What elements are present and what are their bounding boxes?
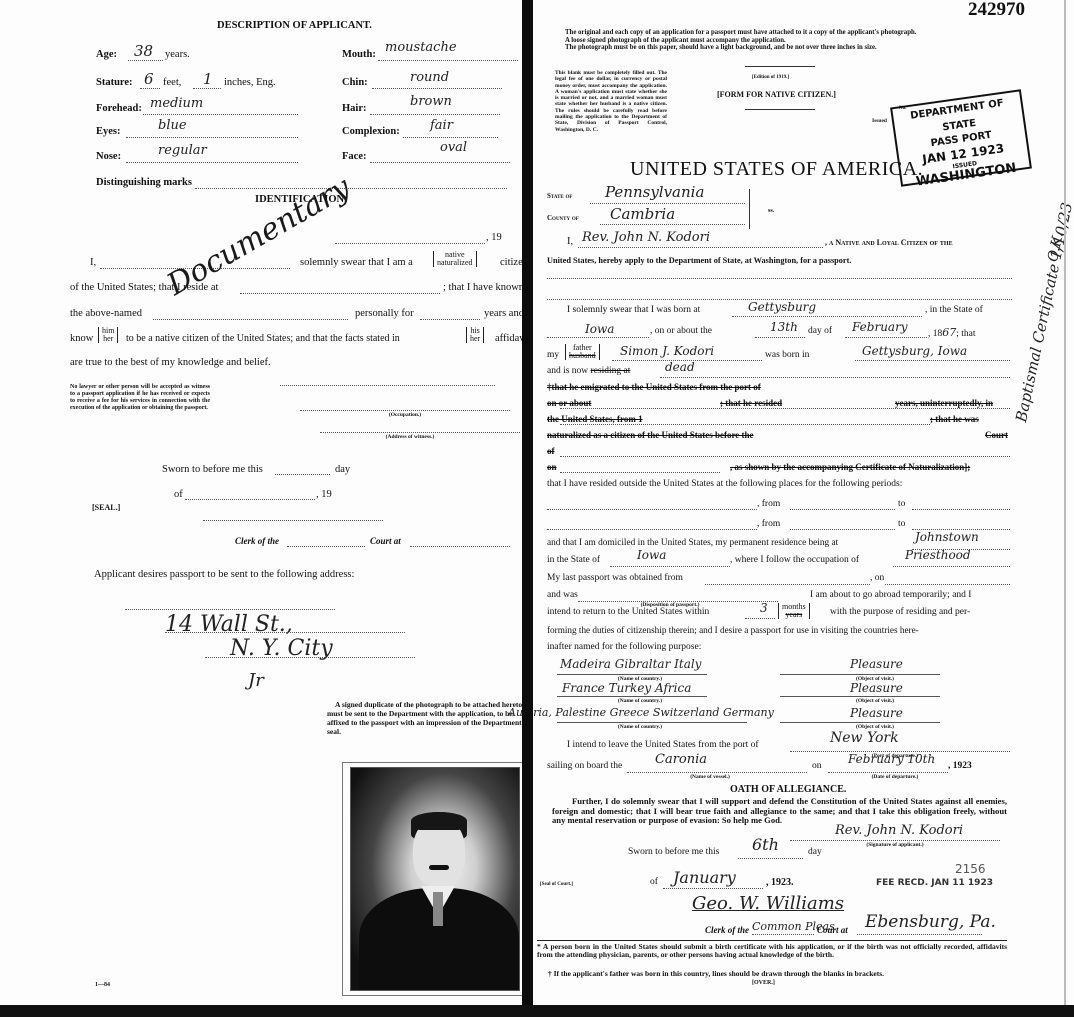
hair-value: brown (410, 94, 452, 109)
was-born-in-label: was born in (765, 350, 809, 360)
struck-on: on (547, 462, 557, 472)
court-at-label: Court at (817, 925, 848, 935)
left-seal-label: [SEAL.] (92, 503, 120, 512)
months-years-brace: monthsyears (778, 602, 810, 620)
mouth-value: moustache (385, 40, 457, 55)
left-court-label: Court at (370, 536, 401, 546)
over-label: [OVER.] (752, 980, 775, 986)
identification-i: I, (90, 257, 96, 268)
book-binding (522, 0, 533, 1017)
form-type: [FORM FOR NATIVE CITIZEN.] (717, 90, 836, 99)
struck-of: of (547, 446, 555, 456)
eyes-value: blue (158, 118, 187, 133)
age-suffix: years. (165, 49, 190, 60)
ss-label: ss. (768, 208, 774, 214)
photo-instructions: The original and each copy of an applica… (565, 29, 916, 52)
oath-text: Further, I do solemnly swear that I will… (552, 797, 1007, 826)
footnote-birth-certificate: * A person born in the United States sho… (537, 943, 1007, 959)
to-label-1: to (898, 499, 905, 509)
birth-state-value: Iowa (585, 322, 614, 336)
struck-emigrated-line: †that he emigrated to the United States … (547, 382, 761, 392)
ss-bracket (749, 189, 750, 229)
age-label: Age: (96, 49, 117, 60)
left-sworn-year: , 19 (316, 489, 332, 500)
country-row-3: Austria, Palestine Greece Switzerland Ge… (508, 706, 774, 719)
struck-on-or-about: on or about (547, 398, 591, 408)
departure-on-label: on (812, 761, 822, 771)
clerk-of-label: Clerk of the (705, 925, 749, 935)
departure-port-value: New York (830, 730, 899, 746)
residing-purpose-text: with the purpose of residing and per- (830, 607, 970, 617)
mouth-label: Mouth: (342, 49, 376, 60)
left-sworn-text: Sworn to before me this (162, 464, 263, 475)
country-caption-2: (Name of country.) (605, 698, 675, 704)
and-is-now-label: and is now residing at (547, 366, 630, 376)
address-line1: 14 Wall St., (165, 612, 293, 637)
last-passport-label: My last passport was obtained from (547, 573, 683, 583)
left-sworn-day: day (335, 464, 350, 475)
document-title: UNITED STATES OF AMERICA. (630, 158, 923, 181)
last-passport-on: , on (870, 573, 884, 583)
return-label: intend to return to the United States wi… (547, 607, 709, 617)
applicant-name: Rev. John N. Kodori (582, 230, 710, 245)
chin-value: round (410, 70, 449, 85)
edition-label: [Edition of 1919.] (752, 75, 789, 80)
stature-inches-value: 1 (203, 70, 213, 88)
sailing-on-board-label: sailing on board the (547, 761, 622, 771)
purpose-row-3: Pleasure (850, 706, 903, 720)
oath-heading: OATH OF ALLEGIANCE. (730, 784, 846, 795)
identification-know: know (70, 333, 93, 344)
birth-day-value: 13th (770, 320, 798, 334)
stature-inches-suffix: inches, Eng. (224, 77, 276, 88)
applicant-signature: Rev. John N. Kodori (835, 823, 963, 838)
issued-label: Issued (872, 118, 887, 124)
native-naturalized-brace: nativenaturalized (433, 250, 477, 268)
fee-received-stamp: FEE RECD. JAN 11 1923 (876, 878, 993, 888)
object-caption-2: (Object of visit.) (845, 698, 905, 704)
day-of-label: day of (808, 326, 832, 336)
country-row-2: France Turkey Africa (562, 681, 691, 695)
left-clerk-label: Clerk of the (235, 536, 279, 546)
on-or-about-label: , on or about the (650, 326, 712, 336)
face-value: oval (440, 140, 467, 155)
complexion-value: fair (430, 118, 453, 133)
domicile-state-value: Iowa (637, 548, 666, 562)
citizenship-duties-text: forming the duties of citizenship therei… (547, 625, 919, 635)
sworn-day-label: day (808, 847, 822, 857)
applicant-prefix: I, (567, 236, 573, 247)
identification-swear-text: solemnly swear that I am a (300, 257, 413, 268)
departure-date-value: February 10th (848, 752, 935, 766)
identification-personally-for: personally for (355, 308, 414, 319)
footnote-father-born: † If the applicant's father was born in … (548, 970, 884, 978)
county-value: Cambria (610, 205, 675, 223)
description-heading: DESCRIPTION OF APPLICANT. (217, 20, 372, 31)
stature-label: Stature: (96, 77, 133, 88)
birth-month-value: February (852, 320, 908, 334)
page-edge (1064, 0, 1066, 1005)
and-was-label: and was (547, 590, 578, 600)
domicile-state-label: in the State of (547, 555, 600, 565)
country-row-1: Madeira Gibraltar Italy (560, 657, 701, 671)
hair-label: Hair: (342, 103, 367, 114)
seal-of-court-label: [Seal of Court.] (540, 882, 573, 887)
nose-label: Nose: (96, 151, 121, 162)
father-birthplace-value: Gettysburg, Iowa (862, 344, 967, 358)
application-number: 242970 (968, 0, 1025, 21)
purpose-row-1: Pleasure (850, 657, 903, 671)
stature-feet-suffix: feet, (163, 77, 181, 88)
sworn-year-value: , 1923. (766, 877, 794, 888)
eyes-label: Eyes: (96, 126, 121, 137)
sworn-day-value: 6th (752, 835, 779, 854)
stature-feet-value: 6 (144, 70, 154, 88)
apply-text: United States, hereby apply to the Depar… (547, 256, 851, 265)
struck-court: Court (985, 430, 1008, 440)
forehead-label: Forehead: (96, 103, 142, 114)
face-label: Face: (342, 151, 366, 162)
sworn-month-value: January (673, 868, 736, 887)
bottom-edge (0, 1005, 1074, 1017)
resided-outside-text: that I have resided outside the United S… (547, 479, 902, 489)
port-of-departure-label: I intend to leave the United States from… (567, 740, 759, 750)
to-label-2: to (898, 519, 905, 529)
struck-certificate: , as shown by the accompanying Certifica… (730, 462, 970, 472)
return-duration-value: 3 (760, 601, 768, 615)
occupation-value: Priesthood (905, 548, 971, 562)
identification-above-named: the above-named (70, 308, 142, 319)
sworn-before-label: Sworn to before me this (628, 847, 719, 857)
address-label: Applicant desires passport to be sent to… (94, 569, 354, 580)
chin-label: Chin: (342, 77, 368, 88)
left-sworn-of: of (174, 489, 183, 500)
age-value: 38 (134, 42, 153, 60)
identification-year: , 19 (486, 232, 502, 243)
sworn-of-label: of (650, 877, 658, 887)
struck-that-he-was: ; that he was (930, 414, 979, 424)
from-label-2: , from (757, 519, 780, 529)
address-initials: Jr (248, 670, 264, 691)
identification-belief-text: are true to the best of my knowledge and… (70, 357, 271, 368)
complexion-label: Complexion: (342, 126, 400, 137)
him-her-brace: himher (98, 326, 118, 344)
court-place-value: Ebensburg, Pa. (865, 912, 996, 932)
father-name-value: Simon J. Kodori (620, 344, 714, 358)
fee-number: 2156 (955, 862, 986, 876)
identification-years: years and (484, 308, 524, 319)
forehead-value: medium (150, 96, 203, 111)
my-label: my (547, 350, 559, 360)
signature-caption: (Signature of applicant.) (860, 842, 930, 848)
from-label-1: , from (757, 499, 780, 509)
occupation-caption: (Occupation.) (360, 412, 450, 418)
county-label: County of (547, 214, 579, 222)
purpose-row-2: Pleasure (850, 681, 903, 695)
clerk-signature: Geo. W. Williams (692, 893, 844, 914)
his-her-brace: hisher (466, 326, 484, 344)
born-at-label: I solemnly swear that I was born at (567, 305, 700, 315)
state-label: State of (547, 192, 572, 200)
birth-year: , 1867; that (928, 326, 976, 339)
going-abroad-text: I am about to go abroad temporarily; and… (810, 590, 971, 600)
identification-native-citizen-text: to be a native citizen of the United Sta… (126, 333, 400, 344)
distinguishing-marks-label: Distinguishing marks (96, 177, 192, 188)
struck-from: the United States, from 1 (547, 414, 643, 424)
address-of-witness-caption: (Address of witness.) (365, 434, 455, 440)
birthplace-value: Gettysburg (748, 300, 816, 314)
identification-known-text: ; that I have known (443, 282, 524, 293)
form-number: 1—84 (95, 982, 110, 988)
vessel-value: Caronia (655, 752, 707, 767)
struck-resided: ; that he resided (720, 398, 782, 408)
departure-year-value: , 1923 (948, 761, 972, 771)
father-husband-brace: fatherhusband (565, 343, 600, 361)
native-loyal-citizen-text: , a Native and Loyal Citizen of the (825, 238, 953, 247)
occupation-label: , where I follow the occupation of (730, 555, 859, 565)
vessel-caption: (Name of vessel.) (680, 774, 740, 780)
photo-note: A signed duplicate of the photograph to … (327, 700, 527, 736)
purpose-intro-text: inafter named for the following purpose: (547, 642, 701, 652)
in-state-of-label: , in the State of (925, 305, 983, 315)
state-value: Pennsylvania (605, 183, 704, 201)
country-caption-3: (Name of country.) (605, 724, 675, 730)
residence-value: Johnstown (915, 530, 979, 544)
struck-naturalized: naturalized as a citizen of the United S… (547, 430, 754, 440)
father-status-value: dead (665, 360, 695, 374)
applicant-photograph (350, 767, 520, 991)
struck-uninterruptedly: years, uninterruptedly, in (895, 398, 993, 408)
date-caption: (Date of departure.) (860, 774, 930, 780)
side-instructions: This blank must be completely filled out… (555, 70, 667, 133)
domicile-text: and that I am domiciled in the United St… (547, 538, 838, 548)
lawyer-note: No lawyer or other person will be accept… (70, 384, 210, 412)
nose-value: regular (158, 143, 207, 158)
